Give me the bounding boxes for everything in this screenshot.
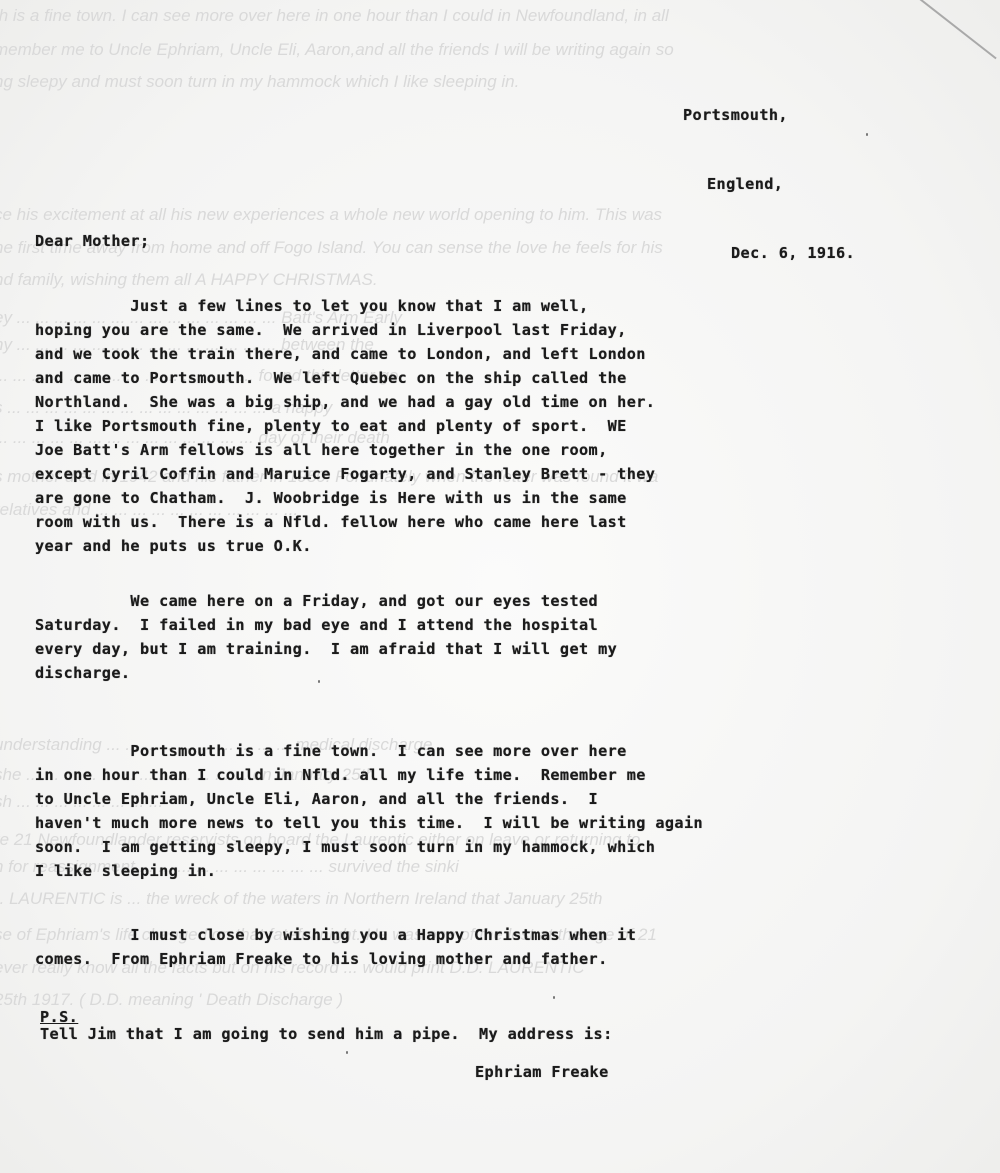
postscript-text: Tell Jim that I am going to send him a p…: [40, 1022, 613, 1046]
bleed-through-line: nd family, wishing them all A HAPPY CHRI…: [0, 270, 378, 290]
scan-speck: [318, 680, 320, 683]
scan-speck: [866, 133, 868, 136]
paragraph-closing: I must close by wishing you a Happy Chri…: [35, 923, 636, 971]
scan-speck: [553, 996, 555, 999]
bleed-through-line: th is a fine town. I can see more over h…: [0, 6, 669, 26]
bleed-through-line: member me to Uncle Ephriam, Uncle Eli, A…: [0, 40, 674, 60]
heading-city: Portsmouth,: [683, 104, 855, 127]
scan-speck: [346, 1051, 348, 1054]
letter-heading: Portsmouth, Englend, Dec. 6, 1916.: [683, 58, 855, 311]
paragraph-eyes: We came here on a Friday, and got our ey…: [35, 589, 617, 685]
signature: Ephriam Freake: [475, 1060, 609, 1084]
bleed-through-line: ). LAURENTIC is ... the wreck of the wat…: [0, 889, 602, 909]
heading-country: Englend,: [683, 173, 855, 196]
paragraph-portsmouth: Portsmouth is a fine town. I can see mor…: [35, 739, 703, 883]
bleed-through-line: ce his excitement at all his new experie…: [0, 205, 662, 225]
paragraph-arrival: Just a few lines to let you know that I …: [35, 294, 655, 558]
bleed-through-line: ng sleepy and must soon turn in my hammo…: [0, 72, 519, 92]
salutation: Dear Mother;: [35, 229, 150, 253]
scanned-letter-page: th is a fine town. I can see more over h…: [0, 0, 1000, 1173]
heading-date: Dec. 6, 1916.: [683, 242, 855, 265]
